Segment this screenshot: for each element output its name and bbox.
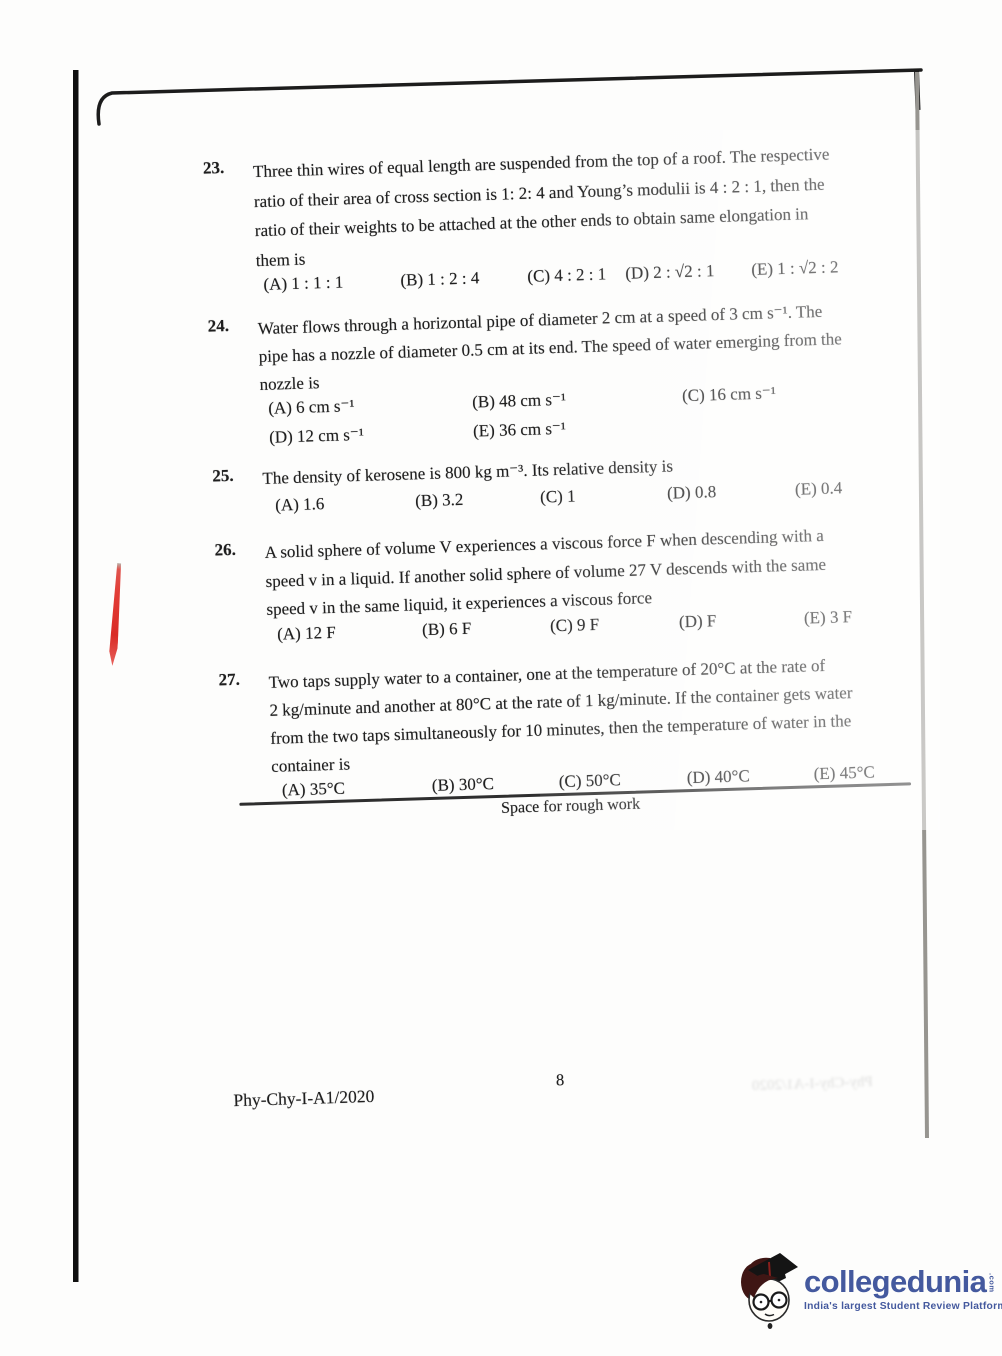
option-a: (A) 1 : 1 : 1 (263, 272, 343, 294)
option-b: (B) 3.2 (415, 490, 464, 511)
option-a: (A) 1.6 (275, 494, 325, 515)
page-border-left (73, 70, 79, 1282)
option-d: (D) 0.8 (667, 482, 717, 503)
option-c: (C) 1 (540, 486, 576, 507)
question-body: Three thin wires of equal length are sus… (253, 137, 911, 304)
page-edge-top (98, 70, 921, 124)
option-b: (B) 48 cm s⁻¹ (472, 390, 566, 413)
option-e: (E) 1 : √2 : 2 (751, 257, 839, 280)
footer-paper-code: Phy-Chy-I-A1/2020 (233, 1086, 375, 1111)
option-c: (C) 4 : 2 : 1 (527, 264, 606, 286)
question-23: 23. Three thin wires of equal length are… (195, 137, 911, 306)
option-a: (A) 12 F (277, 623, 336, 645)
option-d: (D) F (679, 611, 717, 632)
option-b: (B) 1 : 2 : 4 (400, 268, 479, 290)
question-body: The density of kerosene is 800 kg m⁻³. I… (262, 445, 918, 525)
option-a: (A) 35°C (282, 779, 346, 801)
option-c: (C) 16 cm s⁻¹ (682, 383, 776, 406)
collegedunia-logo: collegedunia .com India's largest Studen… (738, 1244, 994, 1334)
question-body: A solid sphere of volume V experiences a… (264, 519, 921, 654)
question-number: 25. (204, 465, 264, 527)
question-24: 24. Water flows through a horizontal pip… (199, 295, 915, 459)
brand-suffix: .com (987, 1273, 996, 1293)
question-26: 26. A solid sphere of volume V experienc… (206, 519, 921, 655)
brand-wordmark: collegedunia (804, 1267, 986, 1297)
question-number: 27. (210, 669, 272, 812)
logo-text-block: collegedunia .com India's largest Studen… (804, 1267, 1002, 1312)
page-number: 8 (556, 1070, 565, 1090)
brand-row: collegedunia .com (804, 1267, 1002, 1297)
question-number: 24. (199, 315, 261, 459)
option-b: (B) 6 F (422, 618, 472, 639)
question-body: Water flows through a horizontal pipe of… (257, 295, 915, 457)
option-d: (D) 2 : √2 : 1 (625, 261, 715, 284)
collegedunia-mascot-icon (738, 1248, 802, 1330)
option-c: (C) 9 F (550, 615, 600, 636)
option-e: (E) 45°C (813, 762, 875, 784)
option-e: (E) 0.4 (795, 478, 843, 499)
option-e: (E) 36 cm s⁻¹ (473, 419, 566, 442)
brand-tagline: India's largest Student Review Platform (804, 1301, 1002, 1312)
question-number: 26. (206, 539, 267, 655)
scanned-exam-page: { "page": { "footer_code": "Phy-Chy-I-A1… (0, 0, 1002, 1356)
option-c: (C) 50°C (559, 770, 622, 792)
exam-content: 23. Three thin wires of equal length are… (194, 129, 936, 1140)
option-e: (E) 3 F (804, 607, 853, 628)
option-b: (B) 30°C (432, 774, 495, 796)
option-a: (A) 6 cm s⁻¹ (268, 396, 355, 419)
option-d: (D) 12 cm s⁻¹ (269, 425, 364, 448)
question-25: 25. The density of kerosene is 800 kg m⁻… (204, 445, 918, 527)
question-number: 23. (195, 157, 257, 306)
option-d: (D) 40°C (686, 766, 750, 788)
